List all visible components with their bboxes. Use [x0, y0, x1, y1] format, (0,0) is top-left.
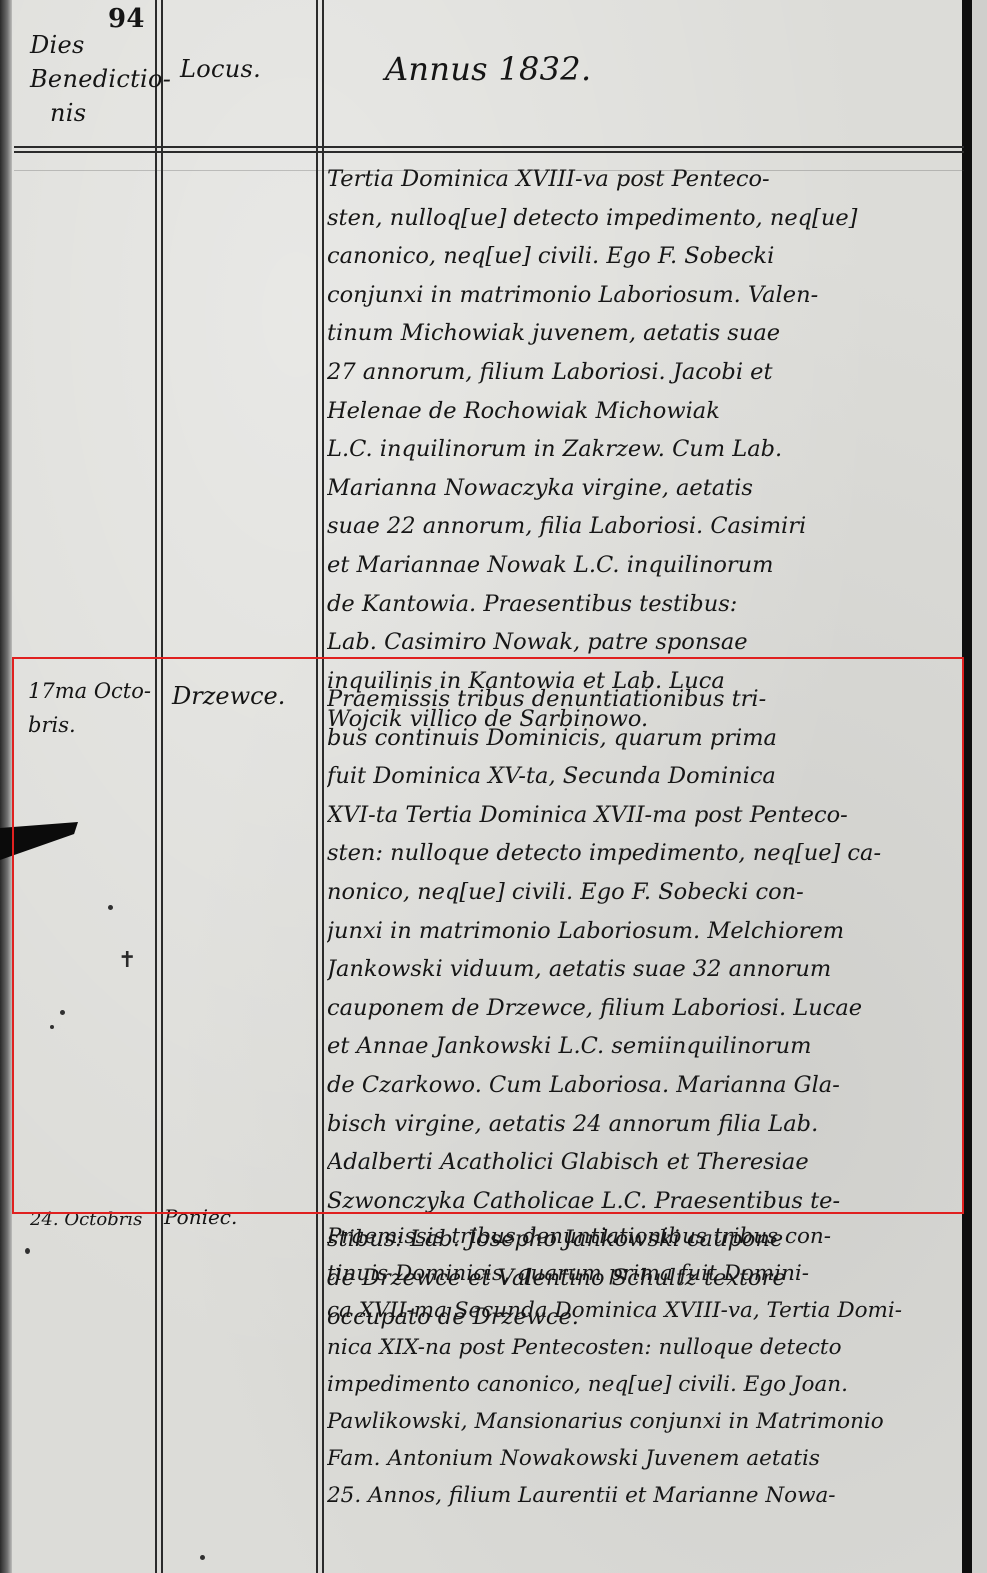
- header-rule-bottom: [14, 151, 964, 153]
- entry-line: sten, nulloq[ue] detecto impedimento, ne…: [327, 199, 957, 238]
- header-rule-top: [14, 146, 964, 148]
- entry-line: Praemissis tribus denuntiationibus tribu…: [327, 1218, 957, 1255]
- header-locus: Locus.: [180, 55, 261, 83]
- entry-line: impedimento canonico, neq[ue] civili. Eg…: [327, 1366, 957, 1403]
- header-day-line-2: Benedictio-: [30, 62, 150, 96]
- page-binding-edge: [0, 0, 12, 1573]
- entry-line: suae 22 annorum, filia Laboriosi. Casimi…: [327, 507, 957, 546]
- entry-line: Tertia Dominica XVIII-va post Penteco-: [327, 160, 957, 199]
- entry-line: tinuis Dominicis, quarum prima fuit Domi…: [327, 1255, 957, 1292]
- ink-speck: [200, 1555, 205, 1560]
- entry-line: et Mariannae Nowak L.C. inquilinorum: [327, 546, 957, 585]
- entry-line: tinum Michowiak juvenem, aetatis suae: [327, 314, 957, 353]
- entry-line: 25. Annos, filium Laurentii et Marianne …: [327, 1477, 957, 1514]
- entry-line: conjunxi in matrimonio Laboriosum. Valen…: [327, 276, 957, 315]
- header-day-line-3: nis: [30, 96, 150, 130]
- header-annus-year: Annus 1832.: [385, 50, 591, 88]
- entry-line: Lab. Casimiro Nowak, patre sponsae: [327, 623, 957, 662]
- highlight-annotation-box: [12, 657, 964, 1214]
- entry-line: L.C. inquilinorum in Zakrzew. Cum Lab.: [327, 430, 957, 469]
- ink-speck: [25, 1248, 30, 1254]
- header-day-line-1: Dies: [30, 28, 150, 62]
- entry-line: nica XIX-na post Pentecosten: nulloque d…: [327, 1329, 957, 1366]
- entry-line: ca XVII-ma Secunda Dominica XVIII-va, Te…: [327, 1292, 957, 1329]
- entry-line: Marianna Nowaczyka virgine, aetatis: [327, 469, 957, 508]
- entry-line: Helenae de Rochowiak Michowiak: [327, 392, 957, 431]
- entry-3-text: Praemissis tribus denuntiationibus tribu…: [327, 1218, 957, 1514]
- page-right-margin: [972, 0, 987, 1573]
- entry-line: 27 annorum, filium Laboriosi. Jacobi et: [327, 353, 957, 392]
- entry-line: canonico, neq[ue] civili. Ego F. Sobecki: [327, 237, 957, 276]
- entry-line: de Kantowia. Praesentibus testibus:: [327, 585, 957, 624]
- header-dies-benedictionis: Dies Benedictio- nis: [30, 28, 150, 130]
- entry-1-text: Tertia Dominica XVIII-va post Penteco- s…: [327, 160, 957, 739]
- register-page: 94 Dies Benedictio- nis Locus. Annus 183…: [0, 0, 987, 1573]
- entry-line: Pawlikowski, Mansionarius conjunxi in Ma…: [327, 1403, 957, 1440]
- entry-line: Fam. Antonium Nowakowski Juvenem aetatis: [327, 1440, 957, 1477]
